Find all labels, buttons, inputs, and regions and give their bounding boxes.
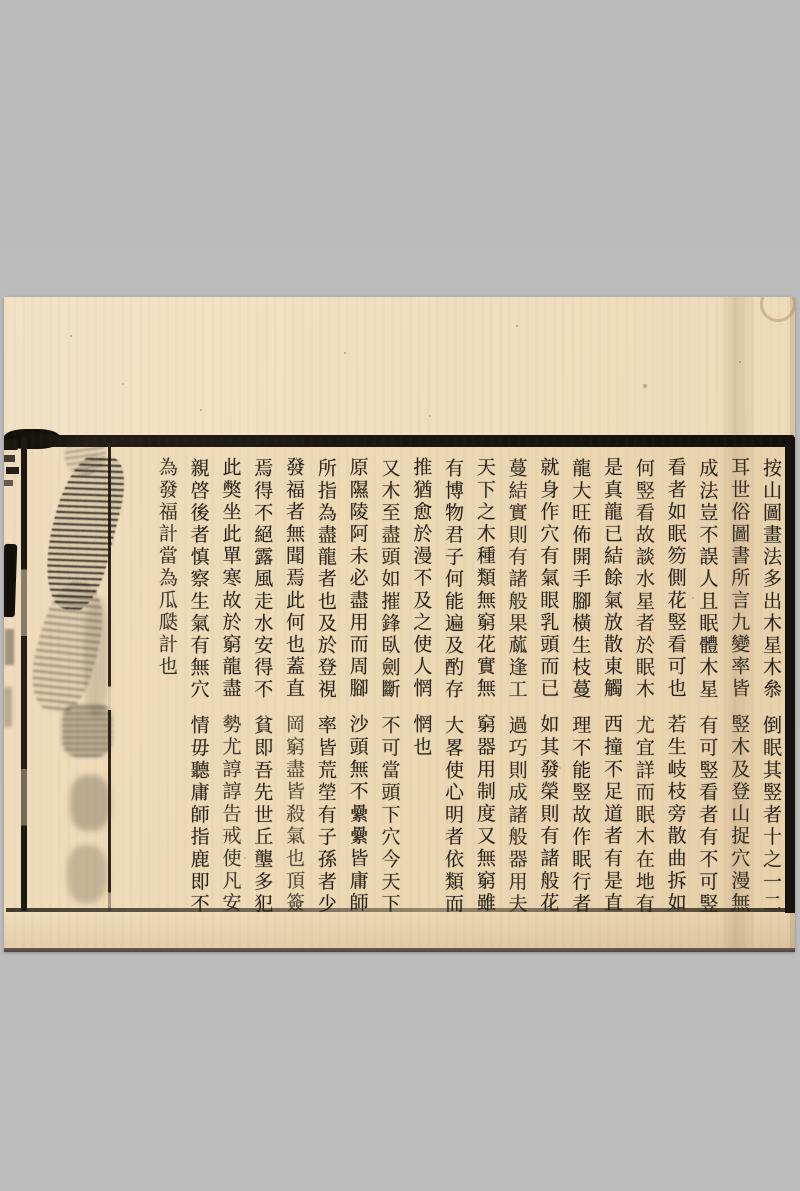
- text-column: 過巧則成諸般器用夫: [500, 715, 532, 917]
- text-column: 耳世俗圖書所言九變率皆: [722, 457, 754, 702]
- edge-character-fragment: [4, 439, 18, 450]
- text-column: 勢尤諄諄告戒使凡安: [214, 714, 246, 916]
- paper-bottom-margin: [4, 915, 795, 948]
- edge-character-fragment: [4, 455, 15, 462]
- text-column: 又木至盡頭如摧鋒臥劍斷: [373, 458, 405, 703]
- paper-bottom-edge: [4, 948, 795, 952]
- text-column: 率皆荒塋有子孫者少: [309, 715, 341, 917]
- paper-specks: [4, 297, 6, 299]
- edge-character-fragment: [4, 480, 13, 486]
- text-column: 大畧使心明者依類而: [436, 715, 468, 917]
- text-column: 貧即吾先世丘壟多犯: [245, 715, 277, 917]
- text-column: 所指為盡龍者也及於登視: [309, 458, 341, 703]
- edge-ink-blob: [4, 544, 17, 617]
- edge-ink-fragment: [4, 687, 12, 727]
- text-column: 成法豈不誤人且眠體木星: [691, 458, 723, 703]
- frame-left-border: [21, 437, 27, 911]
- text-column: 焉得不絕露風走水安得不: [245, 458, 277, 703]
- text-column: 岡窮盡皆殺氣也頂簽: [277, 714, 309, 916]
- ghost-character-mark: [70, 775, 110, 831]
- text-block-upper: 按山圖畫法多出木星木叅耳世俗圖書所言九變率皆成法豈不誤人且眠體木星看者如眠笏側花…: [150, 457, 786, 702]
- text-column: 情毋聽庸師指鹿即不: [182, 715, 214, 917]
- frame-top-border: [6, 435, 794, 447]
- text-column: 理不能竪故作眠行者: [563, 715, 595, 917]
- scanner-background: 按山圖畫法多出木星木叅耳世俗圖書所言九變率皆成法豈不誤人且眠體木星看者如眠笏側花…: [0, 0, 800, 1191]
- text-column: 按山圖畫法多出木星木叅: [754, 458, 786, 703]
- text-column: 就身作穴有氣眼乳頭而已: [532, 457, 564, 702]
- paper-top-margin: [4, 297, 795, 435]
- ghost-character-mark: [84, 597, 108, 717]
- text-column: 尤宜詳而眠木在地有: [627, 715, 659, 917]
- book-page: 按山圖畫法多出木星木叅耳世俗圖書所言九變率皆成法豈不誤人且眠體木星看者如眠笏側花…: [4, 297, 795, 952]
- blurred-character-block: [62, 703, 112, 757]
- edge-ink-fragment: [5, 629, 14, 665]
- text-column: 推猶愈於漫不及之使人惘: [404, 457, 436, 702]
- text-column: 親啓後者慎察生氣有無穴: [182, 458, 214, 703]
- text-column: 看者如眠笏側花竪看可也: [659, 457, 691, 702]
- text-column: 若生岐枝旁散曲拆如: [659, 714, 691, 916]
- text-column: 有博物君子何能遍及酌存: [436, 458, 468, 703]
- text-column: 蔓結實則有諸般果蓏逢工: [500, 458, 532, 703]
- text-column: 倒眠其竪者十之一二: [754, 715, 786, 917]
- text-column: 發福者無聞焉此何也蓋直: [277, 457, 309, 702]
- ghost-character-mark: [67, 845, 107, 903]
- text-column: 為發福計當為瓜瓞計也: [150, 457, 182, 702]
- text-column: 惘也: [404, 714, 436, 916]
- text-block-lower: 倒眠其竪者十之一二竪木及登山捉穴漫無有可竪看者有不可竪若生岐枝旁散曲拆如尤宜詳而…: [150, 714, 786, 916]
- text-column: 沙頭無不纍纍皆庸師: [341, 714, 373, 916]
- text-column: 竪木及登山捉穴漫無: [722, 714, 754, 916]
- frame-right-border: [785, 437, 795, 913]
- text-column: 不可當頭下穴今天下: [373, 715, 405, 917]
- text-column: 是真龍已結餘氣放散東觸: [595, 457, 627, 702]
- text-column: 西撞不足道者有是直: [595, 714, 627, 916]
- text-column: 有可竪看者有不可竪: [691, 715, 723, 917]
- text-column: 如其發榮則有諸般花: [532, 714, 564, 916]
- text-column: 何竪看故談水星者於眠木: [627, 458, 659, 703]
- text-column: 原隰陵阿未必盡用而周腳: [341, 457, 373, 702]
- text-column: 龍大旺佈開手腳橫生枝蔓: [563, 458, 595, 703]
- text-column: 天下之木種類無窮花實無: [468, 457, 500, 702]
- text-column: 此獘坐此單寒故於窮龍盡: [214, 457, 246, 702]
- text-column: 窮器用制度又無窮雖: [468, 714, 500, 916]
- edge-character-fragment: [6, 467, 19, 474]
